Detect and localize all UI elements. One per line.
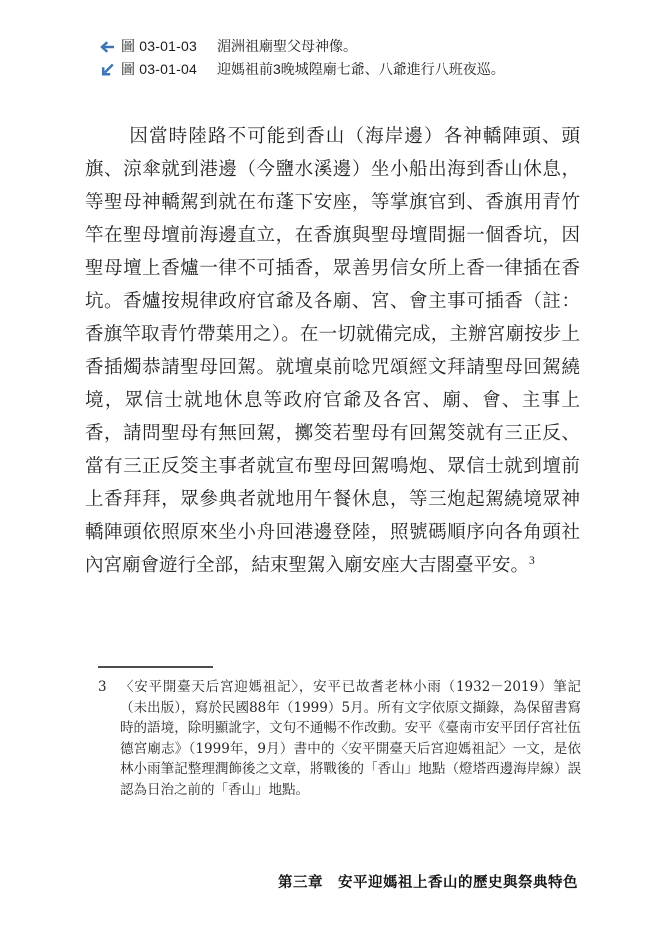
figure-caption-text: 湄洲祖廟聖父母神像。	[217, 35, 357, 58]
footnote-separator	[98, 666, 213, 668]
figure-number: 圖 03-01-03	[121, 35, 217, 58]
down-left-arrow-icon[interactable]	[99, 58, 115, 81]
figure-caption-text: 迎媽祖前3晚城隍廟七爺、八爺進行八班夜巡。	[217, 58, 505, 81]
body-text-block: 因當時陸路不可能到香山（海岸邊）各神轎陣頭、頭旗、涼傘就到港邊（今鹽水溪邊）坐小…	[85, 120, 580, 582]
footnote-number: 3	[98, 677, 120, 800]
body-paragraph-text: 因當時陸路不可能到香山（海岸邊）各神轎陣頭、頭旗、涼傘就到港邊（今鹽水溪邊）坐小…	[85, 126, 580, 576]
left-arrow-icon[interactable]	[99, 35, 115, 58]
body-paragraph: 因當時陸路不可能到香山（海岸邊）各神轎陣頭、頭旗、涼傘就到港邊（今鹽水溪邊）坐小…	[85, 120, 580, 582]
figure-number: 圖 03-01-04	[121, 58, 217, 81]
book-page: 圖 03-01-03 湄洲祖廟聖父母神像。 圖 03-01-04 迎媽祖前3晚城…	[0, 0, 663, 942]
footnote-text: 〈安平開臺天后宮迎媽祖記〉，安平已故耆老林小雨（1932－2019）筆記（未出版…	[120, 677, 581, 800]
figure-caption-row: 圖 03-01-03 湄洲祖廟聖父母神像。	[99, 35, 505, 58]
figure-captions: 圖 03-01-03 湄洲祖廟聖父母神像。 圖 03-01-04 迎媽祖前3晚城…	[99, 35, 505, 81]
footnote-reference-mark: 3	[529, 555, 535, 567]
chapter-footer: 第三章 安平迎媽祖上香山的歷史與祭典特色	[278, 871, 578, 892]
figure-caption-row: 圖 03-01-04 迎媽祖前3晚城隍廟七爺、八爺進行八班夜巡。	[99, 58, 505, 81]
footnote: 3 〈安平開臺天后宮迎媽祖記〉，安平已故耆老林小雨（1932－2019）筆記（未…	[98, 677, 581, 800]
